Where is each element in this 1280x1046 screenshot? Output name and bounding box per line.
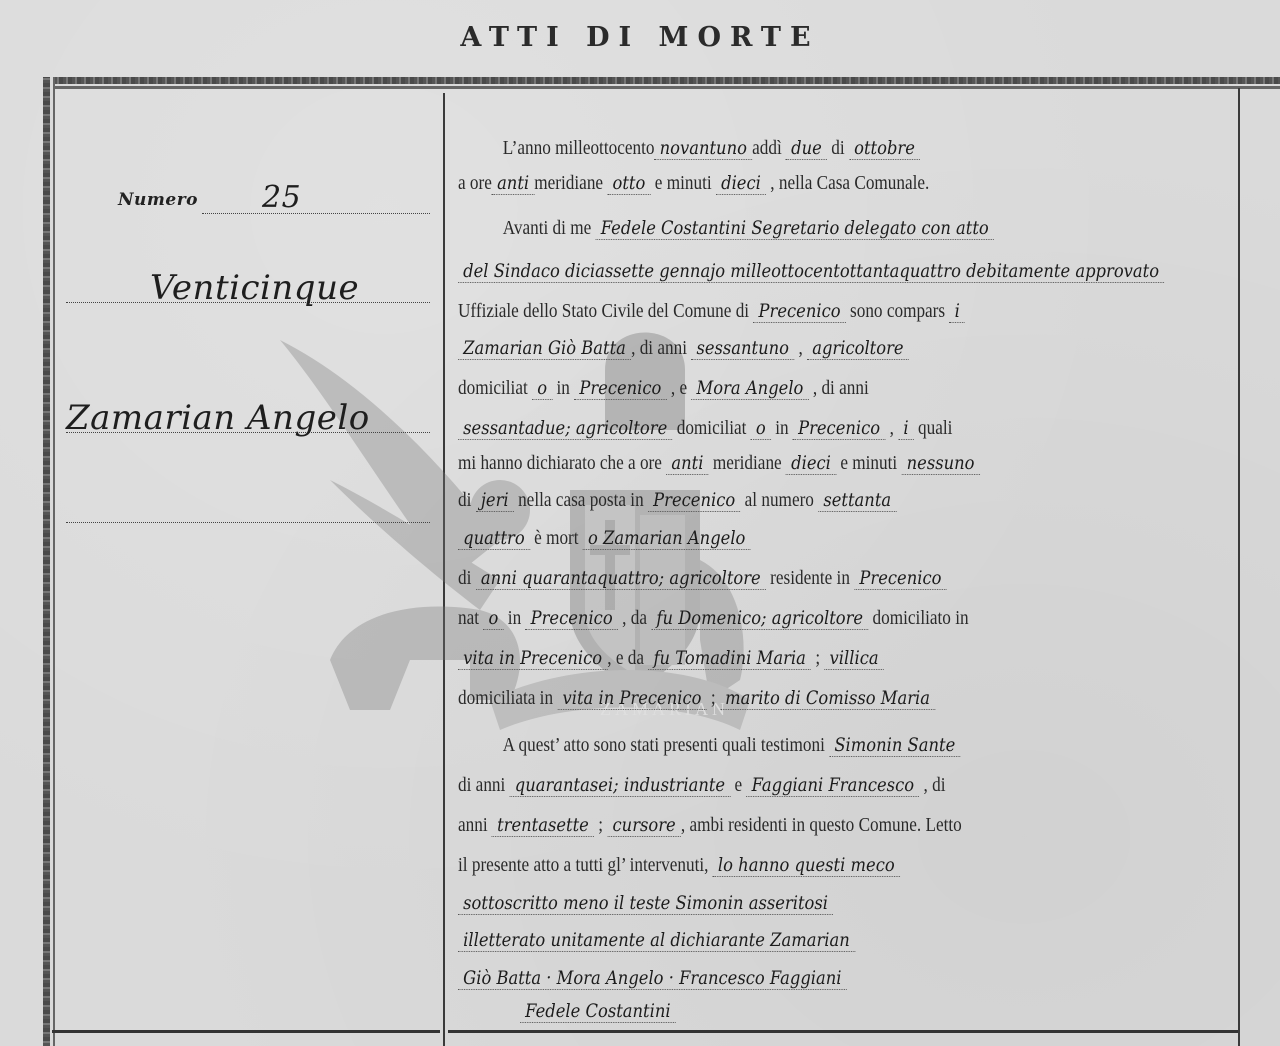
handwritten-entry: novantuno: [654, 137, 752, 160]
handwritten-entry: Fedele Costantini Segretario delegato co…: [596, 217, 994, 240]
record-line: Avanti di me Fedele Costantini Segretari…: [458, 217, 1165, 247]
bottom-rule-left: [52, 1030, 440, 1033]
handwritten-entry: vita in Precenico: [557, 687, 706, 710]
record-line: anni trentasette ; cursore, ambi residen…: [458, 814, 1120, 844]
handwritten-entry: dieci: [786, 452, 836, 475]
handwritten-entry: Precenico: [648, 489, 740, 512]
handwritten-entry: o Zamarian Angelo: [583, 527, 751, 550]
handwritten-entry: villica: [824, 647, 883, 670]
printed-text: di: [458, 567, 476, 589]
handwritten-entry: marito di Comisso Maria: [720, 687, 935, 710]
handwritten-entry: trentasette: [492, 814, 594, 837]
printed-text: A quest’ atto sono stati presenti quali …: [503, 734, 829, 756]
record-line: domiciliata in vita in Precenico ; marit…: [458, 687, 1120, 717]
printed-text: domiciliat: [672, 417, 750, 439]
handwritten-entry: jeri: [476, 489, 514, 512]
deceased-name-margin: Zamarian Angelo: [66, 398, 370, 438]
printed-text: , e da: [607, 647, 648, 669]
record-line: Fedele Costantini: [520, 1000, 1182, 1030]
printed-text: addì: [752, 137, 786, 159]
numero-label: Numero: [118, 190, 198, 210]
printed-text: ;: [811, 647, 824, 669]
printed-text: sono compars: [846, 300, 950, 322]
record-line: illetterato unitamente al dichiarante Za…: [458, 929, 1120, 959]
record-line: Giò Batta · Mora Angelo · Francesco Fagg…: [458, 967, 1120, 997]
printed-text: domiciliata in: [458, 687, 557, 709]
record-line: di anni quarantasei; industriante e Fagg…: [458, 774, 1120, 804]
printed-text: quali: [914, 417, 953, 439]
handwritten-entry: Precenico: [574, 377, 666, 400]
printed-text: nat: [458, 607, 483, 629]
printed-text: anni: [458, 814, 492, 836]
handwritten-entry: Precenico: [525, 607, 617, 630]
handwritten-entry: Precenico: [793, 417, 885, 440]
printed-text: mi hanno dichiarato che a ore: [458, 452, 666, 474]
record-line: domiciliat o in Precenico , e Mora Angel…: [458, 377, 1120, 407]
handwritten-entry: lo hanno questi meco: [713, 854, 900, 877]
record-line: nat o in Precenico , da fu Domenico; agr…: [458, 607, 1120, 637]
handwritten-entry: o: [532, 377, 552, 400]
printed-text: ,: [794, 337, 807, 359]
record-line: L’anno milleottocentonovantunoaddì due d…: [458, 137, 1165, 167]
bottom-rule-right: [448, 1030, 1238, 1033]
left-border-rule: [43, 77, 50, 1046]
record-line: il presente atto a tutti gl’ intervenuti…: [458, 854, 1120, 884]
handwritten-entry: sessantadue; agricoltore: [458, 417, 672, 440]
printed-text: , nella Casa Comunale.: [766, 172, 929, 194]
record-line: di jeri nella casa posta in Precenico al…: [458, 489, 1120, 519]
handwritten-entry: cursore: [607, 814, 681, 837]
record-line: Zamarian Giò Batta, di anni sessantuno ,…: [458, 337, 1120, 367]
empty-dotline: [66, 522, 430, 523]
numero-dotline: [202, 213, 430, 214]
printed-text: meridiane: [534, 172, 607, 194]
printed-text: di: [458, 489, 476, 511]
handwritten-entry: i: [949, 300, 965, 323]
numero-value: 25: [262, 180, 301, 215]
printed-text: ;: [594, 814, 607, 836]
handwritten-entry: Precenico: [854, 567, 946, 590]
handwritten-entry: settanta: [818, 489, 896, 512]
printed-text: L’anno milleottocento: [503, 137, 655, 159]
record-line: sottoscritto meno il teste Simonin asser…: [458, 892, 1120, 922]
handwritten-entry: del Sindaco diciassette gennajo milleott…: [458, 260, 1164, 283]
handwritten-entry: o: [751, 417, 771, 440]
printed-text: domiciliat: [458, 377, 532, 399]
handwritten-entry: fu Tomadini Maria: [648, 647, 811, 670]
record-line: sessantadue; agricoltore domiciliat o in…: [458, 417, 1120, 447]
printed-text: di: [827, 137, 849, 159]
right-border-line: [1238, 88, 1240, 1046]
column-divider: [443, 93, 445, 1046]
printed-text: Avanti di me: [503, 217, 596, 239]
record-line: vita in Precenico, e da fu Tomadini Mari…: [458, 647, 1120, 677]
handwritten-entry: anti: [492, 172, 534, 195]
handwritten-entry: Faggiani Francesco: [746, 774, 919, 797]
handwritten-entry: otto: [607, 172, 650, 195]
numero-in-words: Venticinque: [150, 268, 359, 308]
record-line: A quest’ atto sono stati presenti quali …: [458, 734, 1165, 764]
handwritten-entry: vita in Precenico: [458, 647, 607, 670]
record-line: mi hanno dichiarato che a ore anti merid…: [458, 452, 1120, 482]
record-line: di anni quarantaquattro; agricoltore res…: [458, 567, 1120, 597]
handwritten-entry: quarantasei; industriante: [510, 774, 731, 797]
record-line: del Sindaco diciassette gennajo milleott…: [458, 260, 1120, 290]
printed-text: il presente atto a tutti gl’ intervenuti…: [458, 854, 713, 876]
printed-text: al numero: [740, 489, 818, 511]
printed-text: , di anni: [809, 377, 869, 399]
printed-text: , di anni: [631, 337, 691, 359]
printed-text: Uffiziale dello Stato Civile del Comune …: [458, 300, 753, 322]
handwritten-entry: fu Domenico; agricoltore: [651, 607, 868, 630]
handwritten-entry: due: [786, 137, 827, 160]
handwritten-entry: i: [898, 417, 914, 440]
printed-text: nella casa posta in: [514, 489, 648, 511]
printed-text: in: [552, 377, 574, 399]
printed-text: , di: [919, 774, 945, 796]
record-line: a oreantimeridiane otto e minuti dieci ,…: [458, 172, 1120, 202]
printed-text: a ore: [458, 172, 492, 194]
record-line: Uffiziale dello Stato Civile del Comune …: [458, 300, 1120, 330]
printed-text: e minuti: [836, 452, 901, 474]
handwritten-entry: dieci: [716, 172, 766, 195]
record-line: quattro è mort o Zamarian Angelo: [458, 527, 1120, 557]
handwritten-entry: illetterato unitamente al dichiarante Za…: [458, 929, 855, 952]
handwritten-entry: anti: [666, 452, 708, 475]
printed-text: ;: [707, 687, 720, 709]
handwritten-entry: Precenico: [753, 300, 845, 323]
handwritten-entry: Fedele Costantini: [520, 1000, 676, 1023]
printed-text: in: [503, 607, 525, 629]
printed-text: di anni: [458, 774, 510, 796]
handwritten-entry: Giò Batta · Mora Angelo · Francesco Fagg…: [458, 967, 847, 990]
handwritten-entry: Zamarian Giò Batta: [458, 337, 631, 360]
printed-text: ,: [885, 417, 898, 439]
printed-text: residente in: [766, 567, 854, 589]
printed-text: è mort: [530, 527, 583, 549]
page-title: ATTI DI MORTE: [380, 22, 900, 53]
handwritten-entry: sottoscritto meno il teste Simonin asser…: [458, 892, 833, 915]
top-border-rule: [45, 77, 1280, 86]
printed-text: , da: [618, 607, 651, 629]
handwritten-entry: quattro: [458, 527, 530, 550]
handwritten-entry: agricoltore: [807, 337, 909, 360]
printed-text: , ambi residenti in questo Comune. Letto: [681, 814, 962, 836]
printed-text: meridiane: [709, 452, 786, 474]
handwritten-entry: nessuno: [901, 452, 979, 475]
printed-text: e: [730, 774, 746, 796]
handwritten-entry: ottobre: [849, 137, 920, 160]
printed-text: , e: [667, 377, 692, 399]
printed-text: e minuti: [650, 172, 715, 194]
printed-text: domiciliato in: [868, 607, 968, 629]
handwritten-entry: sessantuno: [691, 337, 794, 360]
handwritten-entry: anni quarantaquattro; agricoltore: [476, 567, 766, 590]
handwritten-entry: Mora Angelo: [691, 377, 808, 400]
handwritten-entry: Simonin Sante: [829, 734, 960, 757]
printed-text: in: [771, 417, 793, 439]
handwritten-entry: o: [483, 607, 503, 630]
